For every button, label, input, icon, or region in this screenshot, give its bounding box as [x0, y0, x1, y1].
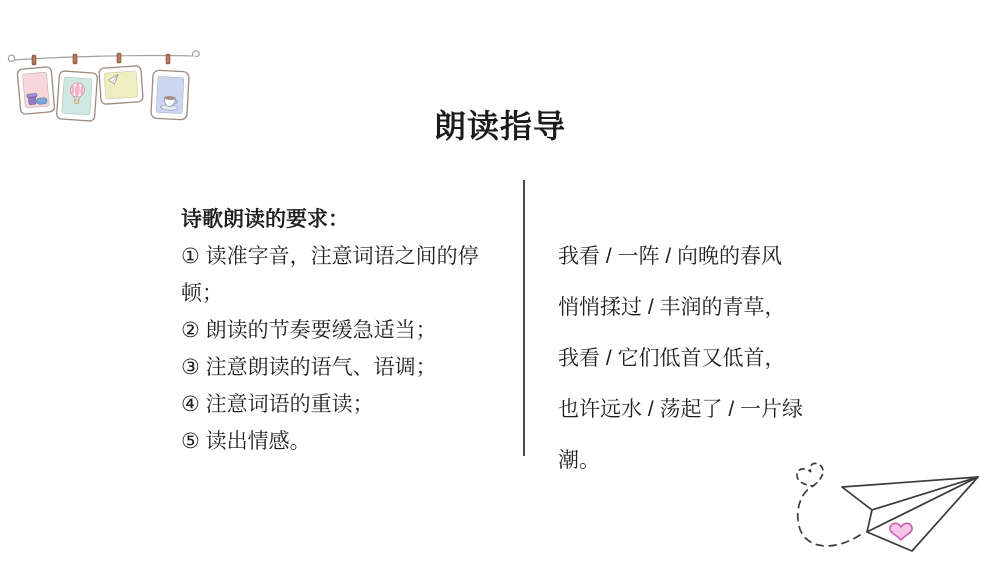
requirement-line: ③ 注意朗读的语气、语调；: [181, 349, 479, 386]
requirement-line: ④ 注意词语的重读；: [181, 386, 479, 423]
poem-line: 潮。: [558, 435, 803, 486]
poem-line: 我看 / 一阵 / 向晚的春风: [558, 231, 803, 282]
paper-airplane-decoration: [770, 442, 995, 560]
requirement-line: ② 朗读的节奏要缓急适当；: [181, 312, 479, 349]
clothespin-icon: [32, 55, 36, 65]
requirements-panel: 诗歌朗读的要求： ① 读准字音，注意词语之间的停 顿； ② 朗读的节奏要缓急适当…: [181, 201, 479, 460]
clothespin-icon: [166, 54, 170, 64]
slide-title: 朗读指导: [0, 101, 1000, 147]
slide-canvas: 朗读指导 诗歌朗读的要求： ① 读准字音，注意词语之间的停 顿； ② 朗读的节奏…: [0, 0, 1000, 563]
column-divider: [523, 180, 525, 456]
trail-heart-loop-icon: [797, 463, 823, 486]
poem-line: 也许远水 / 荡起了 / 一片绿: [558, 384, 803, 435]
requirement-line: ⑤ 读出情感。: [181, 423, 479, 460]
requirement-line: 顿；: [181, 275, 479, 312]
clothespin-icon: [73, 54, 77, 64]
poem-panel: 我看 / 一阵 / 向晚的春风 悄悄揉过 / 丰润的青草， 我看 / 它们低首又…: [558, 231, 803, 486]
poem-line: 悄悄揉过 / 丰润的青草，: [558, 282, 803, 333]
poem-line: 我看 / 它们低首又低首，: [558, 333, 803, 384]
paper-plane-body: [842, 477, 978, 551]
dashed-trail: [797, 463, 860, 546]
requirements-heading: 诗歌朗读的要求：: [181, 201, 479, 238]
requirement-line: ① 读准字音，注意词语之间的停: [181, 238, 479, 275]
clothesline-wire: [8, 51, 199, 62]
clothespin-icon: [117, 53, 121, 63]
photo-card-3: [99, 66, 143, 105]
photo-card-3-inner: [104, 71, 138, 99]
